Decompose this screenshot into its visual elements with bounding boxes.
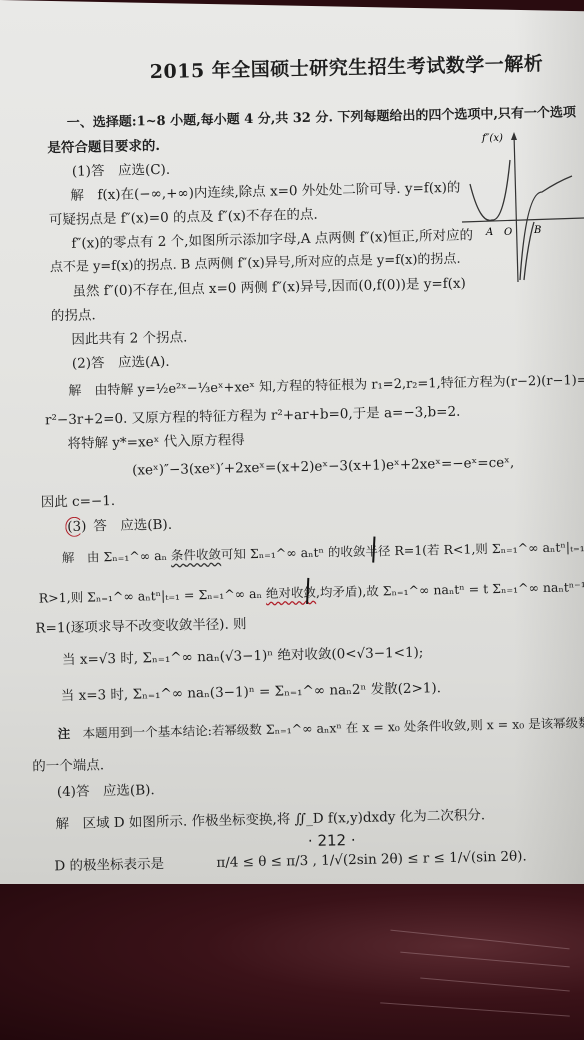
q2-answer: (2)答 应选(A).	[72, 353, 170, 373]
wood-grain	[420, 977, 570, 991]
wood-grain	[400, 952, 569, 968]
q4-line: 解 区域 D 如图所示. 作极坐标变换,将 ∬_D f(x,y)dxdy 化为二…	[55, 806, 485, 833]
q1-line: 因此共有 2 个拐点.	[71, 328, 187, 348]
wooden-desk	[0, 884, 584, 1040]
f-double-prime-graph: f″(x) A O B	[452, 132, 584, 292]
q3-text: R>1,则 Σₙ₌₁^∞ aₙtⁿ|ₜ₌₁ = Σₙ₌₁^∞ aₙ	[39, 586, 266, 606]
page-title: 2015 年全国硕士研究生招生考试数学一解析	[150, 55, 544, 81]
q3-text: ,均矛盾),故 Σₙ₌₁^∞ naₙtⁿ = t Σₙ₌₁^∞ naₙtⁿ⁻¹ …	[316, 579, 584, 600]
note-text: 本题用到一个基本结论:若幂级数 Σₙ₌₁^∞ aₙxⁿ 在 x = x₀ 处条件…	[83, 715, 584, 741]
q1-line: 解 f(x)在(−∞,+∞)内连续,除点 x=0 外处处二阶可导. y=f(x)…	[70, 179, 460, 205]
q3-text: 解 由 Σₙ₌₁^∞ aₙ	[62, 548, 171, 565]
graph-label-b: B	[534, 222, 541, 240]
q1-answer: (1)答 应选(C).	[72, 161, 171, 181]
q1-line: 虽然 f″(0)不存在,但点 x=0 两侧 f″(x)异号,因而(0,f(0))…	[72, 275, 466, 301]
graph-label-o: O	[504, 224, 512, 242]
q3-note-cont: 的一个端点.	[32, 756, 104, 775]
graph-ylabel: f″(x)	[482, 130, 503, 148]
q2-line: 解 由特解 y=½e²ˣ−⅓eˣ+xeˣ 知,方程的特征根为 r₁=2,r₂=1…	[68, 372, 584, 401]
section-header-cont: 是符合题目要求的.	[47, 137, 160, 157]
q3-answer: 答 应选(B).	[93, 516, 172, 536]
wood-grain	[380, 1002, 570, 1016]
q1-line: 的拐点.	[51, 306, 96, 325]
q1-line: 点不是 y=f(x)的拐点. B 点两侧 f″(x)异号,所对应的点是 y=f(…	[50, 251, 461, 278]
page-number: · 212 ·	[308, 831, 356, 850]
q1-line: 可疑拐点是 f″(x)=0 的点及 f″(x)不存在的点.	[49, 206, 318, 230]
note-label: 注	[57, 726, 70, 741]
q3-line: R>1,则 Σₙ₌₁^∞ aₙtⁿ|ₜ₌₁ = Σₙ₌₁^∞ aₙ 绝对收敛,均…	[39, 575, 584, 608]
q2-line: r²−3r+2=0. 又原方程的特征方程为 r²+ar+b=0,于是 a=−3,…	[45, 403, 461, 430]
section-header: 一、选择题:1~8 小题,每小题 4 分,共 32 分. 下列每题给出的四个选项…	[67, 104, 576, 133]
q3-note: 注 本题用到一个基本结论:若幂级数 Σₙ₌₁^∞ aₙxⁿ 在 x = x₀ 处…	[57, 714, 584, 743]
graph-svg	[452, 132, 584, 292]
q3-line: 当 x=√3 时, Σₙ₌₁^∞ naₙ(√3−1)ⁿ 绝对收敛(0<√3−1<…	[62, 644, 424, 670]
q2-line: 因此 c=−1.	[41, 492, 116, 512]
q1-line: f″(x)的零点有 2 个,如图所示添加字母,A 点两侧 f″(x)恒正,所对应…	[71, 226, 473, 252]
q3-answer-num: (3)	[67, 518, 86, 536]
q3-line: 当 x=3 时, Σₙ₌₁^∞ naₙ(3−1)ⁿ = Σₙ₌₁^∞ naₙ2ⁿ…	[61, 679, 441, 705]
q4-formula: π/4 ≤ θ ≤ π/3 , 1/√(2sin 2θ) ≤ r ≤ 1/√(s…	[216, 847, 527, 871]
q3-line: R=1(逐项求导不改变收敛半径). 则	[35, 615, 247, 637]
graph-label-a: A	[486, 224, 493, 242]
q4-line: D 的极坐标表示是	[54, 855, 164, 875]
wood-grain	[390, 930, 569, 950]
q2-equation: (xeˣ)″−3(xeˣ)′+2xeˣ=(x+2)eˣ−3(x+1)eˣ+2xe…	[132, 454, 514, 480]
q4-answer: (4)答 应选(B).	[57, 781, 155, 801]
q3-line: 解 由 Σₙ₌₁^∞ aₙ 条件收敛可知 Σₙ₌₁^∞ aₙtⁿ 的收敛半径 R…	[62, 536, 584, 567]
q2-line: 将特解 y*=xeˣ 代入原方程得	[67, 431, 244, 453]
q3-underlined-text: 条件收敛	[171, 547, 221, 563]
q3-text: 可知 Σₙ₌₁^∞ aₙtⁿ 的收敛半径 R=1(若 R<1,则 Σₙ₌₁^∞ …	[221, 537, 584, 562]
